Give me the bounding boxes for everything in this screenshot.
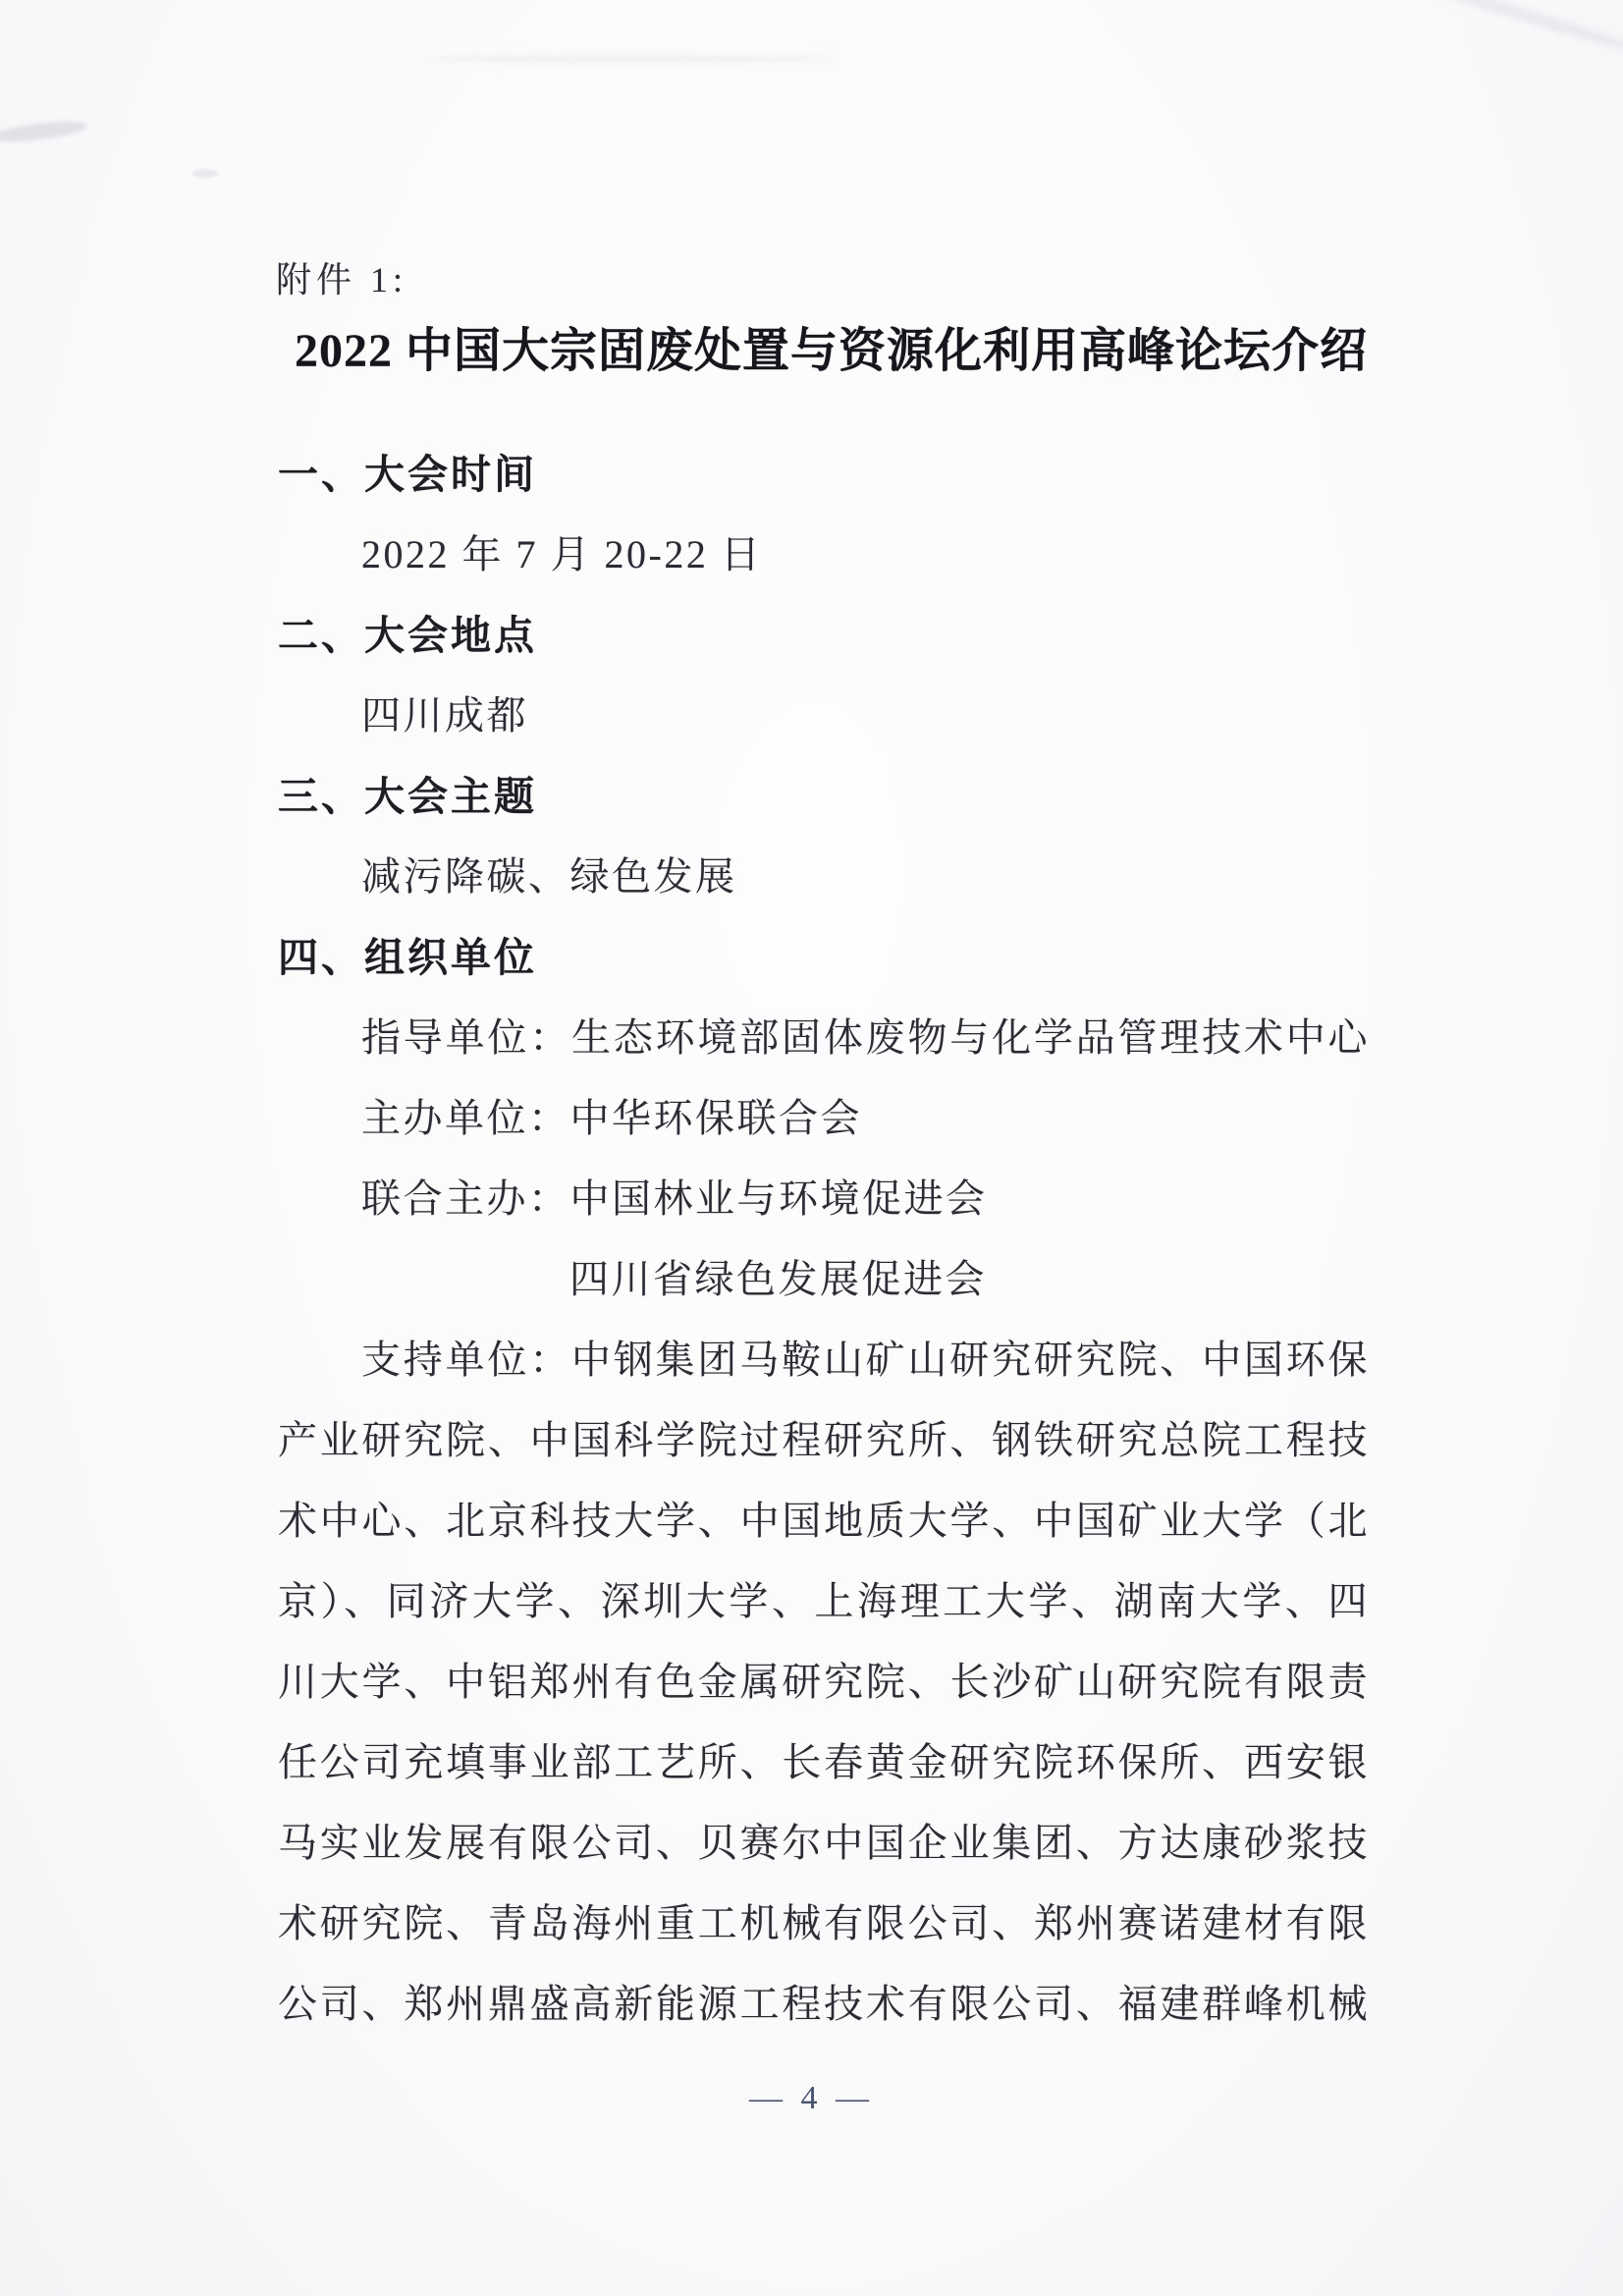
body-line: 公司、郑州鼎盛高新能源工程技术有限公司、福建群峰机械 xyxy=(278,1964,1370,2045)
body-line: 减污降碳、绿色发展 xyxy=(278,837,1370,917)
body-line: 术研究院、青岛海州重工机械有限公司、郑州赛诺建材有限 xyxy=(278,1884,1370,1964)
body-line: 支持单位：中钢集团马鞍山矿山研究研究院、中国环保 xyxy=(278,1320,1370,1400)
body-line: 指导单位：生态环境部固体废物与化学品管理技术中心 xyxy=(278,998,1370,1078)
document-title: 2022 中国大宗固废处置与资源化利用高峰论坛介绍 xyxy=(295,320,1368,383)
body-line: 术中心、北京科技大学、中国地质大学、中国矿业大学（北 xyxy=(278,1481,1370,1561)
page-number: — 4 — xyxy=(0,2078,1623,2119)
body-line: 四川成都 xyxy=(278,676,1370,756)
document-body: 一、大会时间 2022 年 7 月 20-22 日 二、大会地点 四川成都 三、… xyxy=(278,434,1370,2045)
section-heading: 二、大会地点 xyxy=(278,595,1370,676)
document-page: 附件 1: 2022 中国大宗固废处置与资源化利用高峰论坛介绍 一、大会时间 2… xyxy=(0,0,1623,2296)
body-line: 京）、同济大学、深圳大学、上海理工大学、湖南大学、四 xyxy=(278,1561,1370,1642)
body-line: 马实业发展有限公司、贝赛尔中国企业集团、方达康砂浆技 xyxy=(278,1803,1370,1884)
body-line: 联合主办：中国林业与环境促进会 xyxy=(278,1159,1370,1239)
body-line: 任公司充填事业部工艺所、长春黄金研究院环保所、西安银 xyxy=(278,1722,1370,1803)
scan-artifact xyxy=(0,118,87,145)
body-line: 主办单位：中华环保联合会 xyxy=(278,1078,1370,1159)
body-line: 产业研究院、中国科学院过程研究所、钢铁研究总院工程技 xyxy=(278,1400,1370,1481)
scan-artifact xyxy=(422,55,835,63)
section-heading: 一、大会时间 xyxy=(278,434,1370,515)
scan-artifact xyxy=(192,169,218,178)
scan-artifact xyxy=(1381,0,1623,59)
section-heading: 四、组织单位 xyxy=(278,917,1370,998)
body-line: 2022 年 7 月 20-22 日 xyxy=(278,515,1370,595)
attachment-label: 附件 1: xyxy=(276,257,407,302)
body-line: 川大学、中铝郑州有色金属研究院、长沙矿山研究院有限责 xyxy=(278,1642,1370,1722)
body-line: 四川省绿色发展促进会 xyxy=(278,1239,1370,1320)
section-heading: 三、大会主题 xyxy=(278,756,1370,837)
